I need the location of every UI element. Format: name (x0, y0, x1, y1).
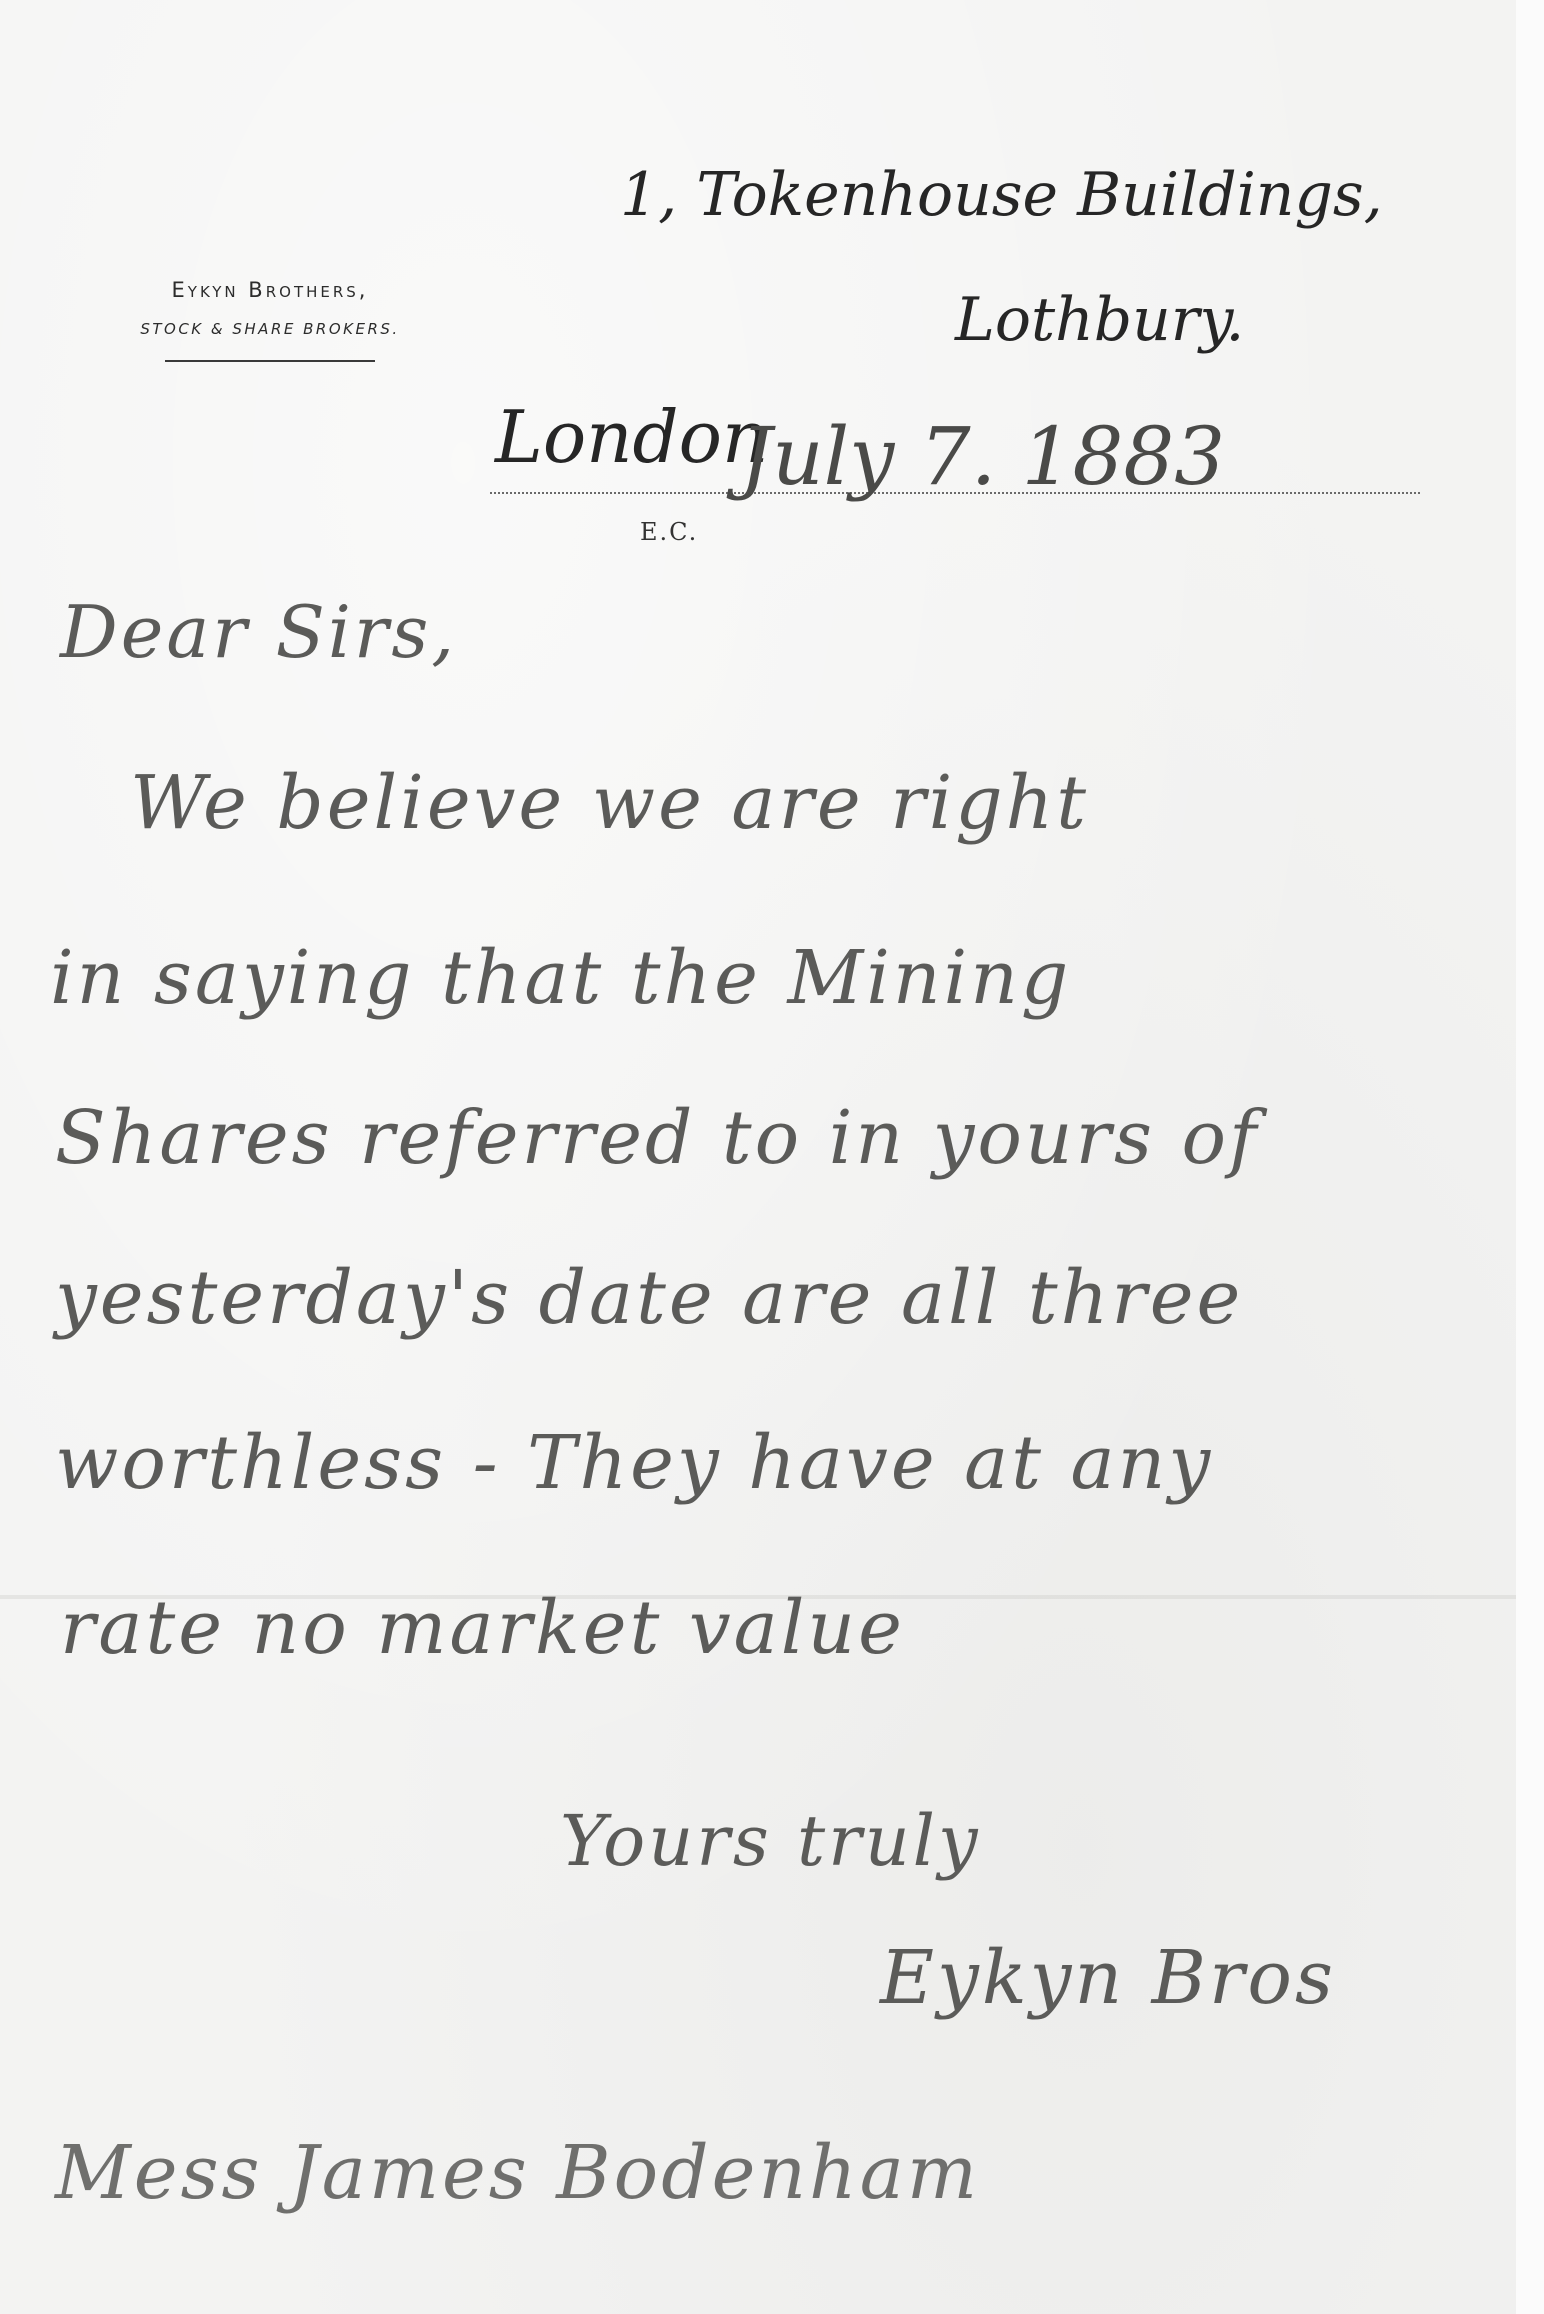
letterhead-divider (165, 360, 375, 362)
firm-description: STOCK & SHARE BROKERS. (60, 320, 480, 338)
letter-date: July 7. 1883 (740, 410, 1225, 503)
body-line: rate no market value (60, 1585, 905, 1671)
body-line: worthless - They have at any (55, 1420, 1213, 1506)
body-line: We believe we are right (130, 760, 1089, 846)
city-name: London (495, 395, 768, 479)
body-line: Shares referred to in yours of (55, 1095, 1259, 1181)
valediction: Yours truly (560, 1800, 981, 1882)
signature: Eykyn Bros (880, 1935, 1336, 2021)
address-line-1: 1, Tokenhouse Buildings, (620, 160, 1383, 230)
letterhead-firm: Eykyn Brothers, STOCK & SHARE BROKERS. (60, 278, 480, 362)
addressee: Mess James Bodenham (55, 2130, 980, 2216)
postal-district: E.C. (640, 518, 698, 546)
body-line: yesterday's date are all three (55, 1255, 1243, 1341)
body-line: in saying that the Mining (50, 935, 1071, 1021)
firm-name: Eykyn Brothers, (60, 278, 480, 302)
scan-edge (1516, 0, 1544, 2314)
salutation: Dear Sirs, (60, 590, 457, 674)
address-line-2: Lothbury. (955, 285, 1244, 355)
